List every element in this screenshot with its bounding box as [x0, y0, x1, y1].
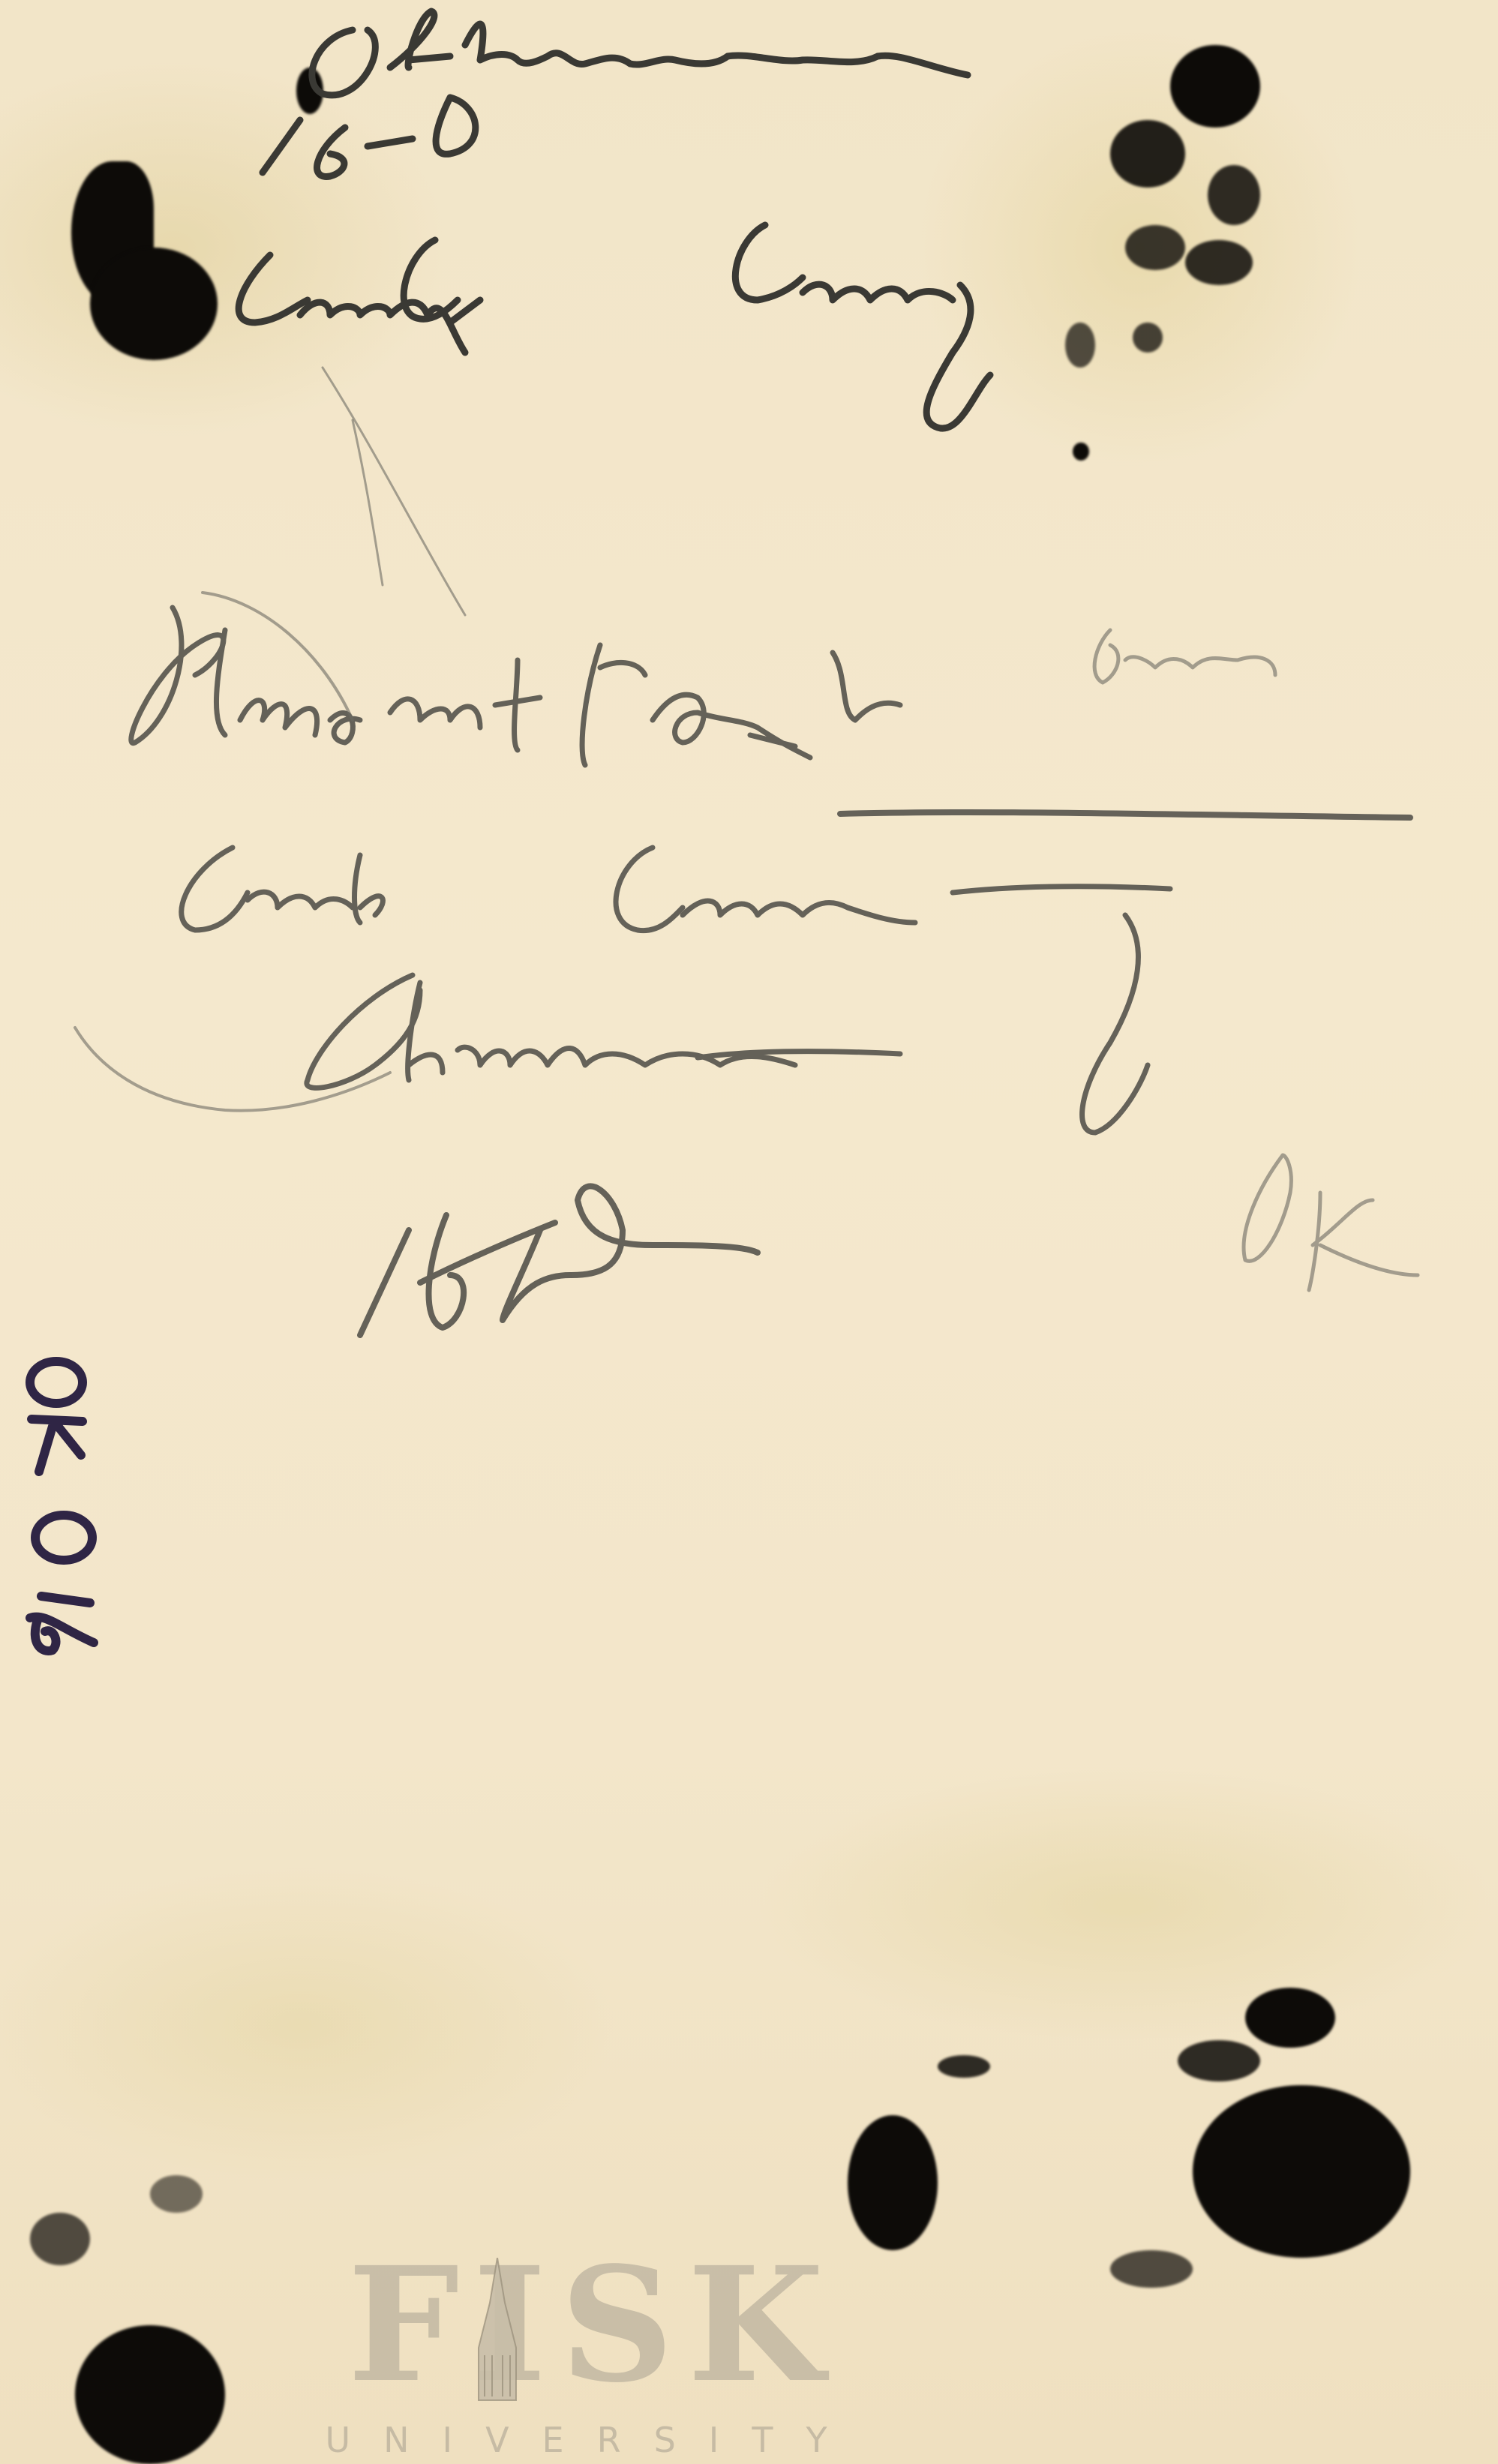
note-creek-county-top — [239, 225, 990, 428]
note-creek-county-pencil — [182, 848, 1170, 1133]
note-oklahoma-pencil — [307, 975, 900, 1088]
watermark-university: UNIVERSITY — [315, 2423, 870, 2457]
note-ok-check — [1244, 1155, 1418, 1290]
note-16d-bottom — [360, 1186, 758, 1335]
catalog-stamp-ok016 — [30, 1361, 94, 1651]
note-oklahoma-top — [312, 11, 968, 95]
photo-card-back: Oklahoma 16-D Creek County Pleasant Grov… — [0, 0, 1498, 2464]
pencil-strike-line — [203, 593, 353, 720]
note-pleasant-grove — [131, 608, 900, 765]
handwriting-layer — [0, 0, 1498, 2464]
pencil-diagonal-line — [323, 368, 465, 615]
note-grove-annotation — [1094, 630, 1275, 683]
bell-tower-icon — [471, 2258, 524, 2408]
underline-grove — [840, 812, 1410, 818]
watermark-fisk: FISK — [323, 2246, 863, 2404]
pencil-curve — [75, 1028, 390, 1111]
note-16d-top — [263, 98, 476, 176]
